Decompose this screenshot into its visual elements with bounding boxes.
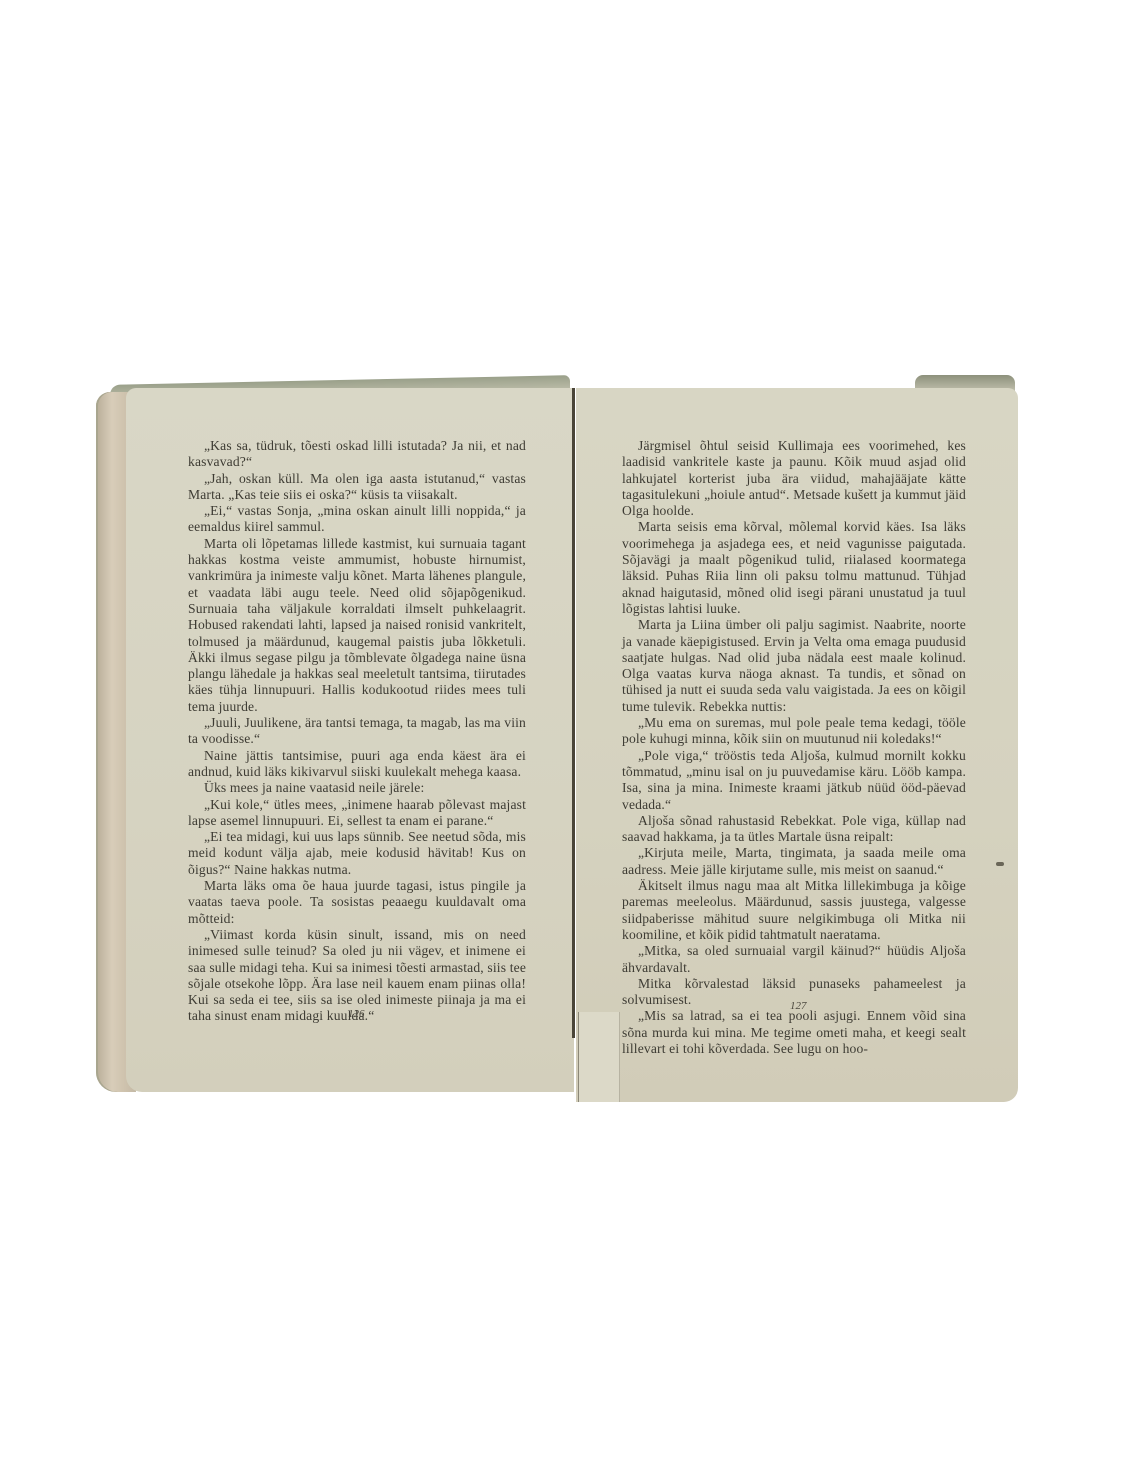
paragraph: Naine jättis tantsimise, puuri aga enda … bbox=[188, 748, 526, 781]
paragraph: Järgmisel õhtul seisid Kullimaja ees voo… bbox=[622, 438, 966, 519]
left-page: „Kas sa, tüdruk, tõesti oskad lilli istu… bbox=[126, 388, 574, 1092]
open-book: „Kas sa, tüdruk, tõesti oskad lilli istu… bbox=[0, 0, 1128, 1484]
paragraph: „Mis sa latrad, sa ei tea pooli asjugi. … bbox=[622, 1008, 966, 1057]
paragraph: „Kas sa, tüdruk, tõesti oskad lilli istu… bbox=[188, 438, 526, 471]
paragraph: Marta läks oma õe haua juurde tagasi, is… bbox=[188, 878, 526, 927]
paragraph: Marta ja Liina ümber oli palju sagimist.… bbox=[622, 617, 966, 715]
paragraph: „Ei tea midagi, kui uus laps sünnib. See… bbox=[188, 829, 526, 878]
page-number: 127 bbox=[790, 1000, 807, 1012]
paragraph: Aljoša sõnad rahustasid Rebekkat. Pole v… bbox=[622, 813, 966, 846]
book-gutter bbox=[572, 388, 575, 1038]
paragraph: „Juuli, Juulikene, ära tantsi temaga, ta… bbox=[188, 715, 526, 748]
paragraph: „Kui kole,“ ütles mees, „inimene haarab … bbox=[188, 797, 526, 830]
paragraph: Marta oli lõpetamas lillede kastmist, ku… bbox=[188, 536, 526, 715]
paragraph: Üks mees ja naine vaatasid neile järele: bbox=[188, 780, 526, 796]
right-page: Järgmisel õhtul seisid Kullimaja ees voo… bbox=[576, 388, 1018, 1102]
paragraph: „Mu ema on suremas, mul pole peale tema … bbox=[622, 715, 966, 748]
gutter-fold bbox=[578, 1012, 620, 1102]
right-page-text: Järgmisel õhtul seisid Kullimaja ees voo… bbox=[622, 438, 966, 1057]
paragraph: „Pole viga,“ trööstis teda Aljoša, kulmu… bbox=[622, 748, 966, 813]
paragraph: „Kirjuta meile, Marta, tingimata, ja saa… bbox=[622, 845, 966, 878]
paragraph: „Mitka, sa oled surnuaial vargil käinud?… bbox=[622, 943, 966, 976]
paragraph: Marta seisis ema kõrval, mõlemal korvid … bbox=[622, 519, 966, 617]
left-page-text: „Kas sa, tüdruk, tõesti oskad lilli istu… bbox=[188, 438, 526, 1025]
ink-stain bbox=[996, 862, 1004, 866]
paragraph: „Jah, oskan küll. Ma olen iga aasta istu… bbox=[188, 471, 526, 504]
paragraph: Äkitselt ilmus nagu maa alt Mitka lillek… bbox=[622, 878, 966, 943]
paragraph: „Ei,“ vastas Sonja, „mina oskan ainult l… bbox=[188, 503, 526, 536]
page-number: 126 bbox=[348, 1008, 365, 1020]
